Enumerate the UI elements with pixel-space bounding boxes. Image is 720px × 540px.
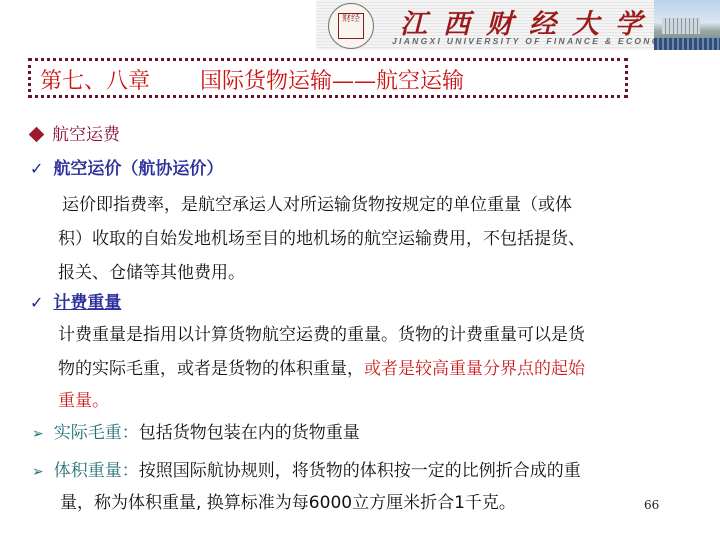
arrow-bullet-icon: ➢ (32, 426, 44, 442)
arrow-bullet-icon: ➢ (32, 464, 44, 480)
item2-line-2-normal: 物的实际毛重，或者是货物的体积重量， (58, 359, 364, 379)
sub1-label: 实际毛重： (54, 423, 139, 443)
item2-line-3-highlight: 重量。 (58, 386, 109, 411)
item1-heading: 航空运价（航协运价） (53, 159, 223, 179)
sub2-line-2: 量，称为体积重量, 换算标准为每6000立方厘米折合1千克。 (60, 488, 516, 513)
page-number: 66 (644, 498, 659, 512)
sub1-line: ➢实际毛重：包括货物包装在内的货物重量 (32, 418, 360, 443)
slide-title: 第七、八章国际货物运输——航空运输 (40, 64, 464, 95)
chapter-label: 第七、八章 (40, 69, 150, 94)
sub2-text: 按照国际航协规则，将货物的体积按一定的比例折合成的重 (139, 461, 581, 481)
item2-heading: 计费重量 (53, 293, 121, 313)
building-shape (662, 18, 700, 34)
item2-line-2-highlight: 或者是较高重量分界点的起始 (364, 359, 585, 379)
section-heading: 航空运费 (52, 125, 120, 145)
university-banner: 财经 江西财经大学 JIANGXI UNIVERSITY OF FINANCE … (316, 0, 720, 50)
item1-line-3: 报关、仓储等其他费用。 (58, 258, 245, 283)
university-seal-icon: 财经 (328, 3, 374, 49)
item2-line-2: 物的实际毛重，或者是货物的体积重量，或者是较高重量分界点的起始 (58, 354, 585, 379)
section-heading-line: 航空运费 (28, 120, 120, 145)
crowd-shape (654, 38, 720, 50)
check-icon: ✓ (30, 159, 43, 178)
diamond-bullet-icon (29, 127, 45, 143)
subject-label: 国际货物运输——航空运输 (200, 69, 464, 94)
item1-line-1: 运价即指费率，是航空承运人对所运输货物按规定的单位重量（或体 (62, 190, 572, 215)
item1-heading-line: ✓航空运价（航协运价） (30, 154, 223, 179)
sub2-label: 体积重量： (54, 461, 139, 481)
sub2-line: ➢体积重量：按照国际航协规则，将货物的体积按一定的比例折合成的重 (32, 456, 581, 481)
sub1-text: 包括货物包装在内的货物重量 (139, 423, 360, 443)
seal-text: 财经 (338, 13, 364, 39)
item1-line-2: 积）收取的自始发地机场至目的地机场的航空运输费用，不包括提货、 (58, 224, 585, 249)
university-name-en: JIANGXI UNIVERSITY OF FINANCE & ECONOMIC… (392, 36, 691, 46)
item2-heading-line: ✓计费重量 (30, 288, 121, 313)
item2-line-1: 计费重量是指用以计算货物航空运费的重量。货物的计费重量可以是货 (58, 320, 585, 345)
check-icon: ✓ (30, 293, 43, 312)
campus-photo (654, 0, 720, 50)
